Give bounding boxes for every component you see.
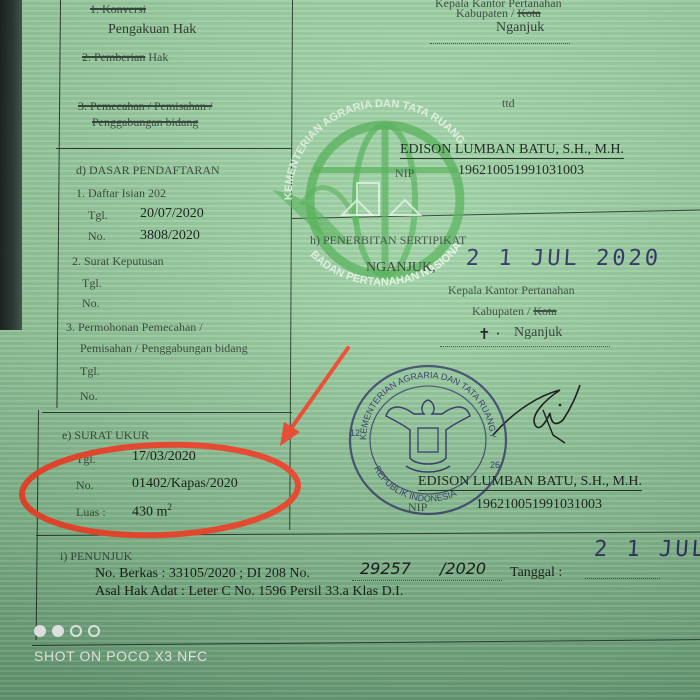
tanggal-dotted-line (585, 578, 660, 579)
no-dotted-line (352, 580, 502, 581)
daftar-isian-label: 1. Daftar Isian 202 (76, 186, 166, 201)
item-pemberian-hak: 2. Pemberian Hak (82, 50, 168, 65)
handwritten-number: 29257 (360, 559, 411, 578)
hak-label: Hak (145, 50, 168, 64)
nip-label: NIP (408, 500, 427, 515)
issue-date-stamp: 2 1 JUL 2020 (465, 246, 662, 271)
official-seal: KEMENTERIAN AGRARIA DAN TATA RUANG / BPN… (344, 358, 514, 518)
dot-filled-icon (52, 625, 64, 637)
handwritten-year: /2020 (440, 559, 486, 578)
signature-line-top (430, 43, 570, 44)
section-i-heading: i) PENUNJUK (60, 549, 132, 564)
nip-value: 196210051991031003 (476, 497, 602, 513)
camera-watermark-text: SHOT ON POCO X3 NFC (34, 648, 208, 664)
handwritten-mark: ✝ · (478, 325, 500, 343)
kabupaten-label: Kabupaten / Kota (472, 304, 557, 319)
daftar-tgl-value: 20/07/2020 (140, 206, 204, 222)
item-konversi-value: Pengakuan Hak (108, 22, 196, 38)
red-annotation (0, 330, 360, 550)
signature-line-h (440, 346, 610, 347)
official-name-top: EDISON LUMBAN BATU, S.H., M.H. (400, 142, 624, 159)
camera-watermark-dots (34, 625, 100, 637)
kota-struck: Kota (517, 6, 540, 20)
daftar-no-value: 3808/2020 (140, 228, 200, 244)
row-divider-c-d (56, 148, 292, 149)
region-top: Nganjuk (496, 20, 544, 36)
binder-edge (0, 0, 22, 330)
kabupaten-text-h: Kabupaten / (472, 304, 533, 318)
pemberian-struck: 2. Pemberian (82, 50, 145, 64)
dot-outline-icon (88, 625, 100, 637)
tanggal-date-stamp: 2 1 JUL 20 (593, 537, 700, 562)
official-name: EDISON LUMBAN BATU, S.H., M.H. (418, 474, 642, 491)
seal-right-number: 26 (490, 460, 500, 470)
nip-label-top: NIP (395, 166, 414, 181)
no-berkas-line: No. Berkas : 33105/2020 ; DI 208 No. (95, 566, 310, 582)
dot-filled-icon (34, 625, 46, 637)
daftar-tgl-label: Tgl. (88, 208, 108, 223)
section-d-heading: d) DASAR PENDAFTARAN (76, 163, 220, 178)
issue-place: NGANJUK, (366, 260, 436, 276)
certificate-page: KEMENTERIAN AGRARIA DAN TATA RUANG BADAN… (0, 0, 700, 700)
ttd-label: ttd (502, 96, 515, 111)
tanggal-label: Tanggal : (510, 565, 562, 581)
row-divider-bottom (32, 639, 700, 646)
region-h: Nganjuk (514, 325, 562, 341)
daftar-no-label: No. (88, 229, 106, 244)
dot-outline-icon (70, 625, 82, 637)
item-pemecahan-line2: Penggabungan bidang (92, 115, 198, 130)
kota-struck-h: Kota (533, 304, 556, 318)
surat-keputusan-tgl: Tgl. (82, 276, 102, 291)
surat-keputusan-no: No. (82, 296, 100, 311)
kabupaten-text: Kabupaten / (456, 6, 517, 20)
item-pemecahan-line1: 3. Pemecahan / Pemisahan / (78, 99, 212, 114)
kepala-kantor-label: Kepala Kantor Pertanahan (448, 283, 575, 298)
asal-hak-line: Asal Hak Adat : Leter C No. 1596 Persil … (95, 584, 403, 600)
section-h-heading: h) PENERBITAN SERTIPIKAT (310, 233, 466, 248)
item-konversi-label: 1. Konversi (90, 2, 146, 17)
kabupaten-label-top: Kabupaten / Kota (456, 6, 541, 21)
nip-value-top: 196210051991031003 (458, 163, 584, 179)
surat-keputusan-label: 2. Surat Keputusan (72, 254, 164, 269)
